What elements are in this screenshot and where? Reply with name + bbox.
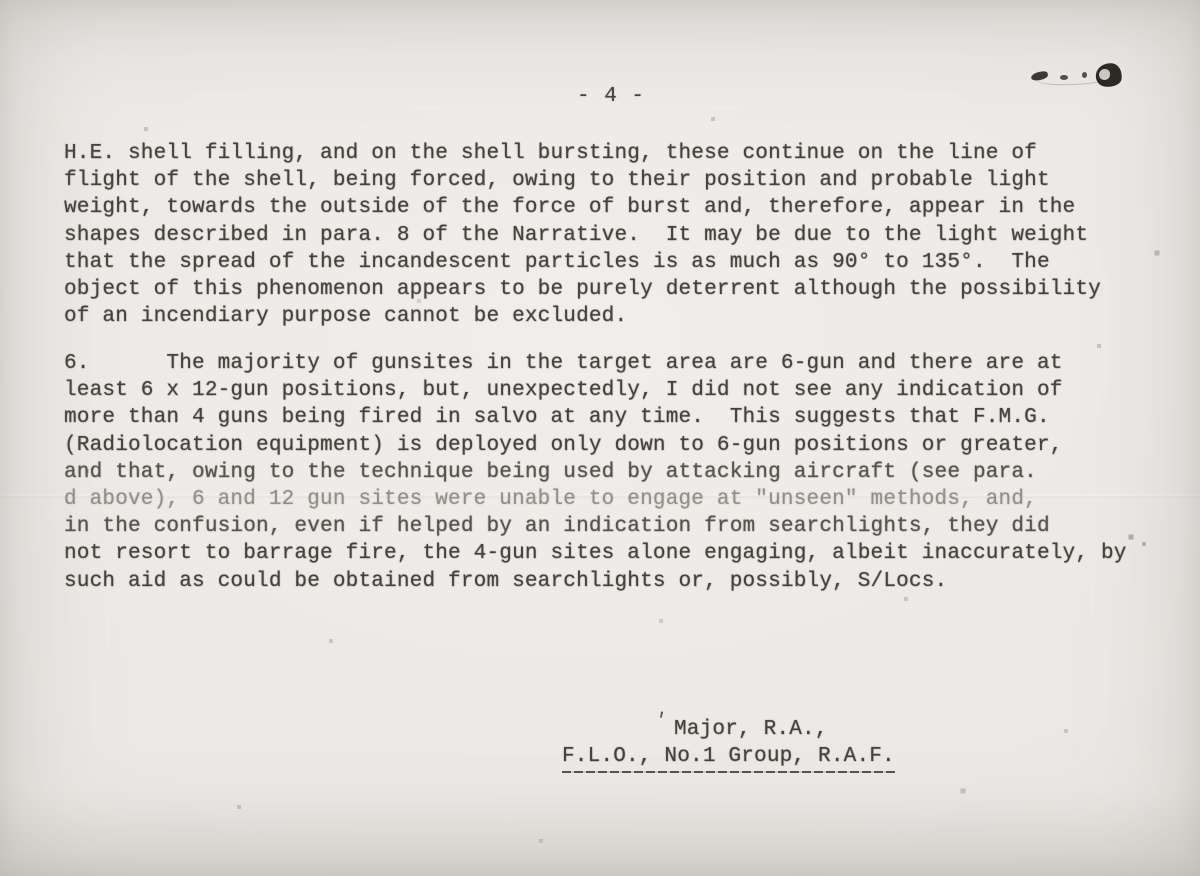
signature-role: F.L.O., No.1 Group, R.A.F. [562, 743, 895, 773]
smudge-blob [1082, 72, 1087, 78]
smudge-blob [1060, 75, 1068, 80]
page-number: - 4 - [577, 85, 645, 108]
text-line: weight, towards the outside of the force… [64, 194, 1101, 221]
text-line: d above), 6 and 12 gun sites were unable… [64, 486, 1127, 513]
signature-block: ' Major, R.A., F.L.O., No.1 Group, R.A.F… [562, 716, 895, 770]
text-line: of an incendiary purpose cannot be exclu… [64, 303, 1101, 330]
document-page: - 4 - H.E. shell filling, and on the she… [0, 0, 1200, 876]
text-line: in the confusion, even if helped by an i… [64, 513, 1127, 540]
signature-rank: Major, R.A., [674, 716, 895, 743]
text-line: 6. The majority of gunsites in the targe… [64, 350, 1127, 377]
text-line: such aid as could be obtained from searc… [64, 568, 1127, 595]
text-line: flight of the shell, being forced, owing… [64, 167, 1101, 194]
text-line: object of this phenomenon appears to be … [64, 276, 1101, 303]
text-line: not resort to barrage fire, the 4-gun si… [64, 540, 1127, 567]
text-line: H.E. shell filling, and on the shell bur… [64, 140, 1101, 167]
paragraph-continuation: H.E. shell filling, and on the shell bur… [64, 140, 1101, 330]
text-line: (Radiolocation equipment) is deployed on… [64, 432, 1127, 459]
smudge-blob [1030, 70, 1048, 81]
stray-mark: ' [652, 709, 669, 734]
paper-speckles [0, 0, 2, 2]
text-line: and that, owing to the technique being u… [64, 459, 1127, 486]
text-line: shapes described in para. 8 of the Narra… [64, 222, 1101, 249]
smudge-arc [1036, 68, 1115, 87]
smudge-blob-highlight [1099, 69, 1110, 80]
smudge-blob [1094, 61, 1123, 88]
paragraph-6: 6. The majority of gunsites in the targe… [64, 350, 1127, 595]
text-line: that the spread of the incandescent part… [64, 249, 1101, 276]
signature-role-line: F.L.O., No.1 Group, R.A.F. [562, 743, 895, 770]
text-line: least 6 x 12-gun positions, but, unexpec… [64, 377, 1127, 404]
text-line: more than 4 guns being fired in salvo at… [64, 404, 1127, 431]
